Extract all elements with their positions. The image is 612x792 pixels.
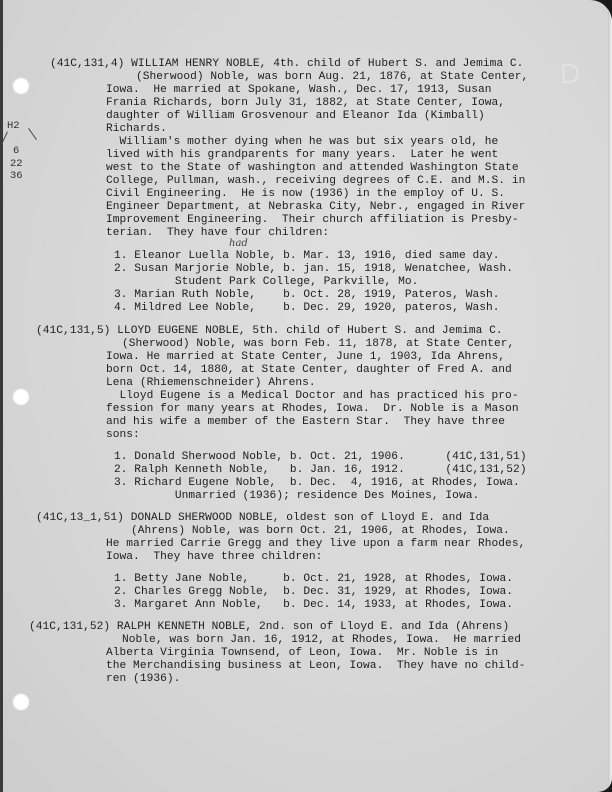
entry-text: Noble, was born Jan. 16, 1912, at Rhodes…	[122, 634, 521, 647]
entry-heading: (41C,131,4) WILLIAM HENRY NOBLE, 4th. ch…	[50, 58, 523, 71]
entry-text: fession for many years at Rhodes, Iowa. …	[106, 403, 519, 416]
entry-text: Frania Richards, born July 31, 1882, at …	[106, 97, 505, 110]
child-item: 2. Charles Gregg Noble, b. Dec. 31, 1929…	[114, 586, 513, 599]
entry-heading: (41C,13_1,51) DONALD SHERWOOD NOBLE, old…	[36, 512, 489, 525]
child-item: 4. Mildred Lee Noble, b. Dec. 29, 1920, …	[114, 302, 500, 315]
entry-text: (Sherwood) Noble, was born Aug. 21, 1876…	[136, 71, 528, 84]
punch-hole	[12, 693, 30, 711]
entry-text: Engineer Department, at Nebraska City, N…	[106, 201, 525, 214]
entry-text: He married Carrie Gregg and they live up…	[106, 538, 525, 551]
entry-text: west to the State of washington and atte…	[106, 162, 519, 175]
entry-text: Iowa. He married at Spokane, Wash., Dec.…	[106, 84, 492, 97]
entry-heading: (41C,131,5) LLOYD EUGENE NOBLE, 5th. chi…	[36, 325, 503, 338]
entry-text: Improvement Engineering. Their church af…	[106, 214, 519, 227]
punch-hole	[12, 77, 30, 95]
entry-text: sons:	[106, 429, 140, 442]
entry-text: the Merchandising business at Leon, Iowa…	[106, 660, 525, 673]
entry-text: College, Pullman, wash., receiving degre…	[106, 175, 525, 188]
child-item: 2. Ralph Kenneth Noble, b. Jan. 16, 1912…	[114, 464, 527, 477]
child-item: 1. Betty Jane Noble, b. Oct. 21, 1928, a…	[114, 573, 513, 586]
page-edge	[608, 0, 612, 792]
child-item: 1. Eleanor Luella Noble, b. Mar. 13, 191…	[114, 250, 500, 263]
child-item: 3. Richard Eugene Noble, b. Dec. 4, 1916…	[114, 477, 520, 490]
entry-text: Alberta Virginia Townsend, of Leon, Iowa…	[106, 647, 498, 660]
margin-note: 6	[13, 145, 19, 157]
punch-hole	[12, 388, 30, 406]
entry-text: lived with his grandparents for many yea…	[106, 149, 498, 162]
child-item: Student Park College, Parkville, Mo.	[114, 276, 418, 289]
margin-note: H2	[7, 120, 20, 132]
entry-text: Iowa. They have three children:	[106, 551, 322, 564]
page-edge	[0, 0, 3, 792]
entry-text: Iowa. He married at State Center, June 1…	[106, 351, 505, 364]
child-item: 1. Donald Sherwood Noble, b. Oct. 21, 19…	[114, 451, 527, 464]
entry-heading: (41C,131,52) RALPH KENNETH NOBLE, 2nd. s…	[29, 621, 509, 634]
child-item: 3. Margaret Ann Noble, b. Dec. 14, 1933,…	[114, 599, 513, 612]
handwritten-insertion: had	[229, 238, 248, 249]
margin-note: 22	[10, 158, 23, 170]
entry-text: (Ahrens) Noble, was born Oct. 21, 1906, …	[131, 525, 510, 538]
child-item: 2. Susan Marjorie Noble, b. jan. 15, 191…	[114, 263, 513, 276]
entry-text: Civil Engineering. He is now (1936) in t…	[106, 188, 505, 201]
entry-text: William's mother dying when he was but s…	[106, 136, 498, 149]
margin-note: 36	[10, 170, 23, 182]
watermark: D	[560, 58, 578, 90]
entry-text: and his wife a member of the Eastern Sta…	[106, 416, 505, 429]
child-item: Unmarried (1936); residence Des Moines, …	[114, 490, 479, 503]
entry-text: daughter of William Grosvenour and Elean…	[106, 110, 485, 123]
entry-text: born Oct. 14, 1880, at State Center, dau…	[106, 364, 512, 377]
document-page: D H2 6 22 36 (41C,131,4) WILLIAM HENRY N…	[0, 0, 612, 792]
entry-text: ren (1936).	[106, 673, 180, 686]
margin-mark	[28, 128, 37, 140]
entry-text: Lloyd Eugene is a Medical Doctor and has…	[106, 390, 519, 403]
entry-text: terian. They have four children:	[106, 227, 329, 240]
child-item: 3. Marian Ruth Noble, b. Oct. 28, 1919, …	[114, 289, 500, 302]
entry-text: Lena (Rhiemenschneider) Ahrens.	[106, 377, 316, 390]
entry-text: (Sherwood) Noble, was born Feb. 11, 1878…	[122, 338, 514, 351]
entry-text: Richards.	[106, 123, 167, 136]
